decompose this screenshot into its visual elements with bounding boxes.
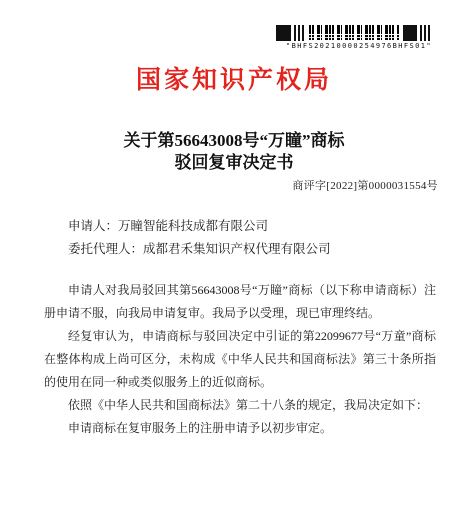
party-block: 申请人：万瞳智能科技成都有限公司 委托代理人：成都君禾集知识产权代理有限公司	[44, 215, 436, 261]
agent-value: 成都君禾集知识产权代理有限公司	[143, 242, 331, 256]
applicant-value: 万瞳智能科技成都有限公司	[118, 219, 268, 233]
barcode-bar	[302, 25, 304, 41]
agent-line: 委托代理人：成都君禾集知识产权代理有限公司	[44, 238, 436, 261]
barcode-bar	[428, 25, 430, 41]
body-paragraph: 申请人对我局驳回其第56643008号“万瞳”商标（以下称申请商标）注册申请不服…	[44, 279, 436, 325]
agent-label: 委托代理人：	[68, 242, 143, 256]
body-paragraph: 申请商标在复审服务上的注册申请予以初步审定。	[44, 417, 436, 440]
barcode-bar	[294, 25, 296, 41]
agency-title: 国家知识产权局	[0, 64, 468, 98]
barcode-matrix	[309, 25, 399, 41]
body-paragraph: 依照《中华人民共和国商标法》第二十八条的规定，我局决定如下：	[44, 394, 436, 417]
document-title-line1: 关于第56643008号“万瞳”商标	[124, 131, 345, 150]
barcode-bar	[276, 25, 291, 41]
decision-body: 申请人对我局驳回其第56643008号“万瞳”商标（以下称申请商标）注册申请不服…	[44, 279, 436, 440]
applicant-label: 申请人：	[68, 219, 118, 233]
body-paragraph: 经复审认为，申请商标与驳回决定中引证的第22099677号“万童”商标在整体构成…	[44, 325, 436, 394]
barcode-image	[276, 25, 442, 41]
document-title-line2: 驳回复审决定书	[175, 153, 294, 172]
document-number: 商评字[2022]第0000031554号	[0, 177, 438, 193]
barcode-number: "BHFS20210000254976BHFS01"	[276, 42, 442, 50]
applicant-line: 申请人：万瞳智能科技成都有限公司	[44, 215, 436, 238]
barcode-bar	[420, 25, 422, 41]
barcode: "BHFS20210000254976BHFS01"	[276, 25, 442, 50]
document-title: 关于第56643008号“万瞳”商标 驳回复审决定书	[0, 130, 468, 174]
barcode-bar	[298, 25, 300, 41]
document-page: "BHFS20210000254976BHFS01" 国家知识产权局 关于第56…	[0, 0, 468, 516]
barcode-bar	[403, 25, 417, 41]
barcode-bar	[424, 25, 426, 41]
